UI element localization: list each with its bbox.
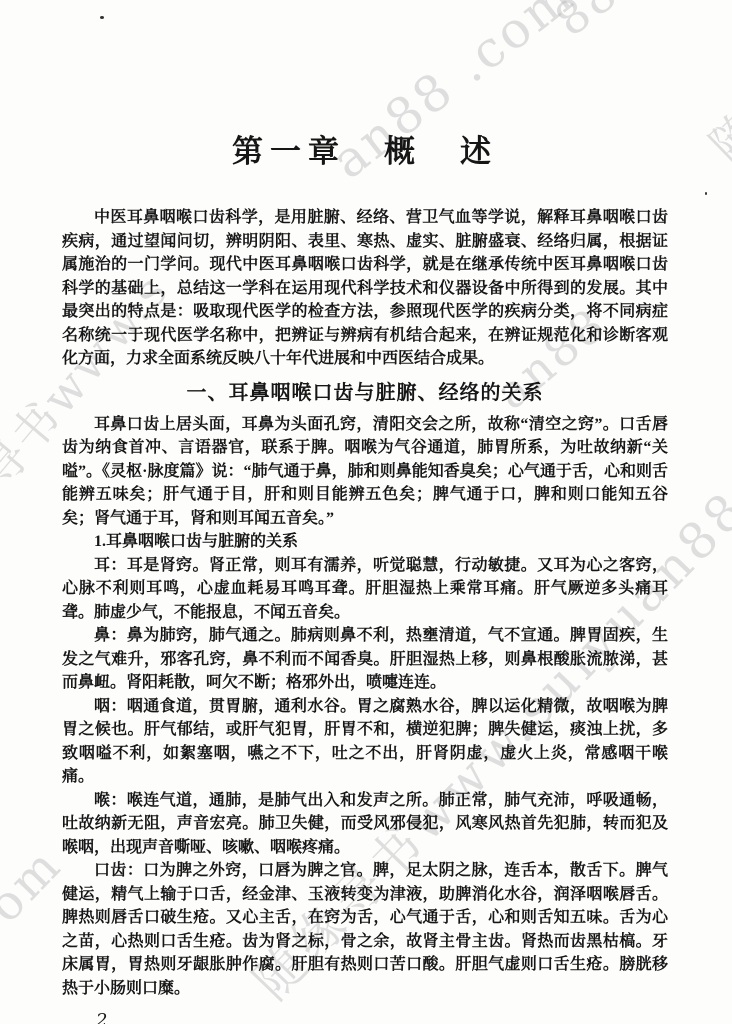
- scan-speck: [705, 192, 707, 195]
- watermark-fragment-top-right: 88: [546, 0, 628, 46]
- paragraph-nose: 鼻：鼻为肺窍，肺气通之。肺病则鼻不利，热壅清道，气不宣通。脾胃固疾，生发之气难升…: [62, 624, 668, 695]
- section-heading: 一、耳鼻咽喉口齿与脏腑、经络的关系: [62, 381, 668, 405]
- page-content: 第一章 概 述 中医耳鼻咽喉口齿科学，是用脏腑、经络、营卫气血等学说，解释耳鼻咽…: [62, 132, 668, 1024]
- paragraph-mouth-teeth: 口齿：口为脾之外窍，口唇为脾之官。脾，足太阴之脉，连舌本，散舌下。脾气健运，精气…: [62, 859, 668, 1000]
- paragraph-ear: 耳：耳是肾窍。肾正常，则耳有濡养，听觉聪慧，行动敏捷。又耳为心之客窍，心脉不利则…: [62, 554, 668, 625]
- page-number: 2: [96, 1010, 668, 1024]
- scanned-book-page: an88 .com 88 随 an88 . 寻书www.s 随缘寻书www.su…: [0, 0, 732, 1024]
- paragraph-pharynx: 咽：咽通食道，贯胃腑，通利水谷。胃之腐熟水谷，脾以运化精微，故咽喉为脾胃之候也。…: [62, 695, 668, 789]
- chapter-title: 第一章 概 述: [62, 132, 668, 172]
- paragraph-organs-intro: 耳鼻口齿上居头面，耳鼻为头面孔窍，清阳交会之所，故称“清空之窍”。口舌唇齿为纳食…: [62, 413, 668, 531]
- paragraph-intro: 中医耳鼻咽喉口齿科学，是用脏腑、经络、营卫气血等学说，解释耳鼻咽喉口齿疾病，通过…: [62, 206, 668, 371]
- paragraph-larynx: 喉：喉连气道，通肺，是肺气出入和发声之所。肺正常，肺气充沛，呼吸通畅，吐故纳新无…: [62, 789, 668, 860]
- subsection-heading: 1.耳鼻咽喉口齿与脏腑的关系: [62, 530, 668, 554]
- scan-speck: [100, 16, 104, 19]
- watermark-fragment-right-edge: 随: [702, 103, 732, 170]
